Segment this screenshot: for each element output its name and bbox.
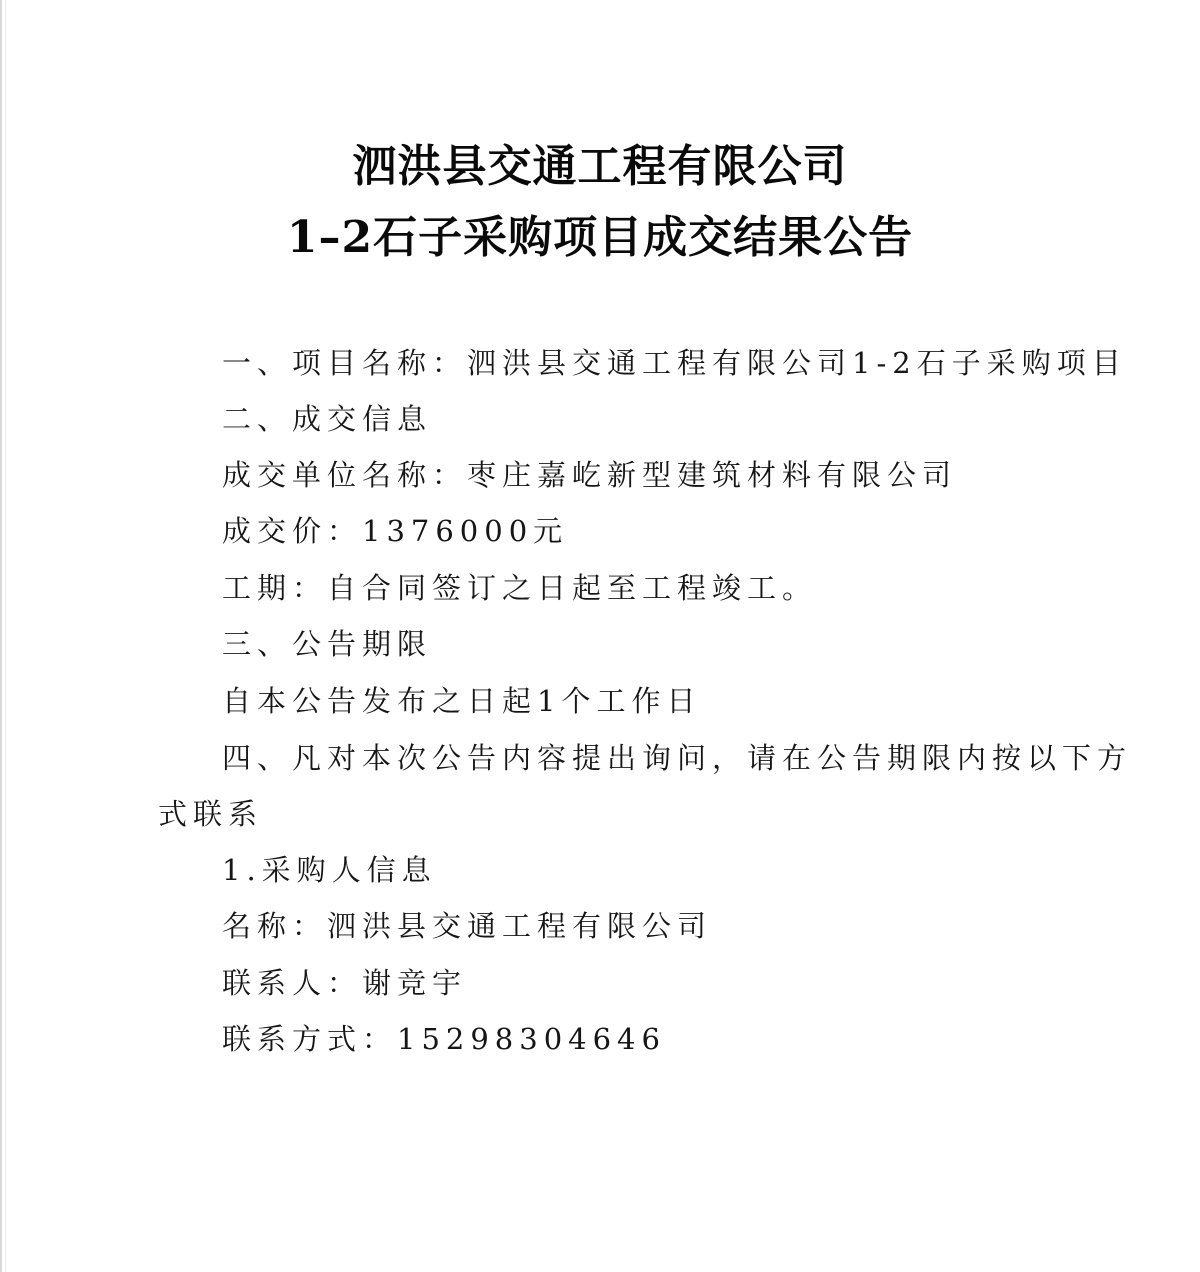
inquiry-line-1: 四、凡对本次公告内容提出询问，请在公告期限内按以下方 bbox=[222, 738, 1132, 778]
notice-period-line: 自本公告发布之日起1个工作日 bbox=[222, 681, 701, 721]
contact-person-line: 联系人：谢竞宇 bbox=[222, 963, 467, 1003]
document-title-line-2: 1–2石子采购项目成交结果公告 bbox=[0, 208, 1200, 268]
notice-period-heading: 三、公告期限 bbox=[222, 624, 432, 664]
inquiry-line-2: 式联系 bbox=[158, 794, 263, 834]
price-line: 成交价：1376000元 bbox=[222, 511, 568, 551]
purchaser-heading: 1.采购人信息 bbox=[222, 850, 437, 890]
winner-line: 成交单位名称：枣庄嘉屹新型建筑材料有限公司 bbox=[222, 455, 957, 495]
document-title-line-1: 泗洪县交通工程有限公司 bbox=[0, 137, 1200, 197]
purchaser-name-line: 名称：泗洪县交通工程有限公司 bbox=[222, 906, 712, 946]
period-line: 工期：自合同签订之日起至工程竣工。 bbox=[222, 568, 817, 608]
deal-info-heading: 二、成交信息 bbox=[222, 399, 432, 439]
project-name-line: 一、项目名称：泗洪县交通工程有限公司1-2石子采购项目 bbox=[222, 343, 1127, 383]
contact-phone-line: 联系方式：15298304646 bbox=[222, 1019, 666, 1059]
